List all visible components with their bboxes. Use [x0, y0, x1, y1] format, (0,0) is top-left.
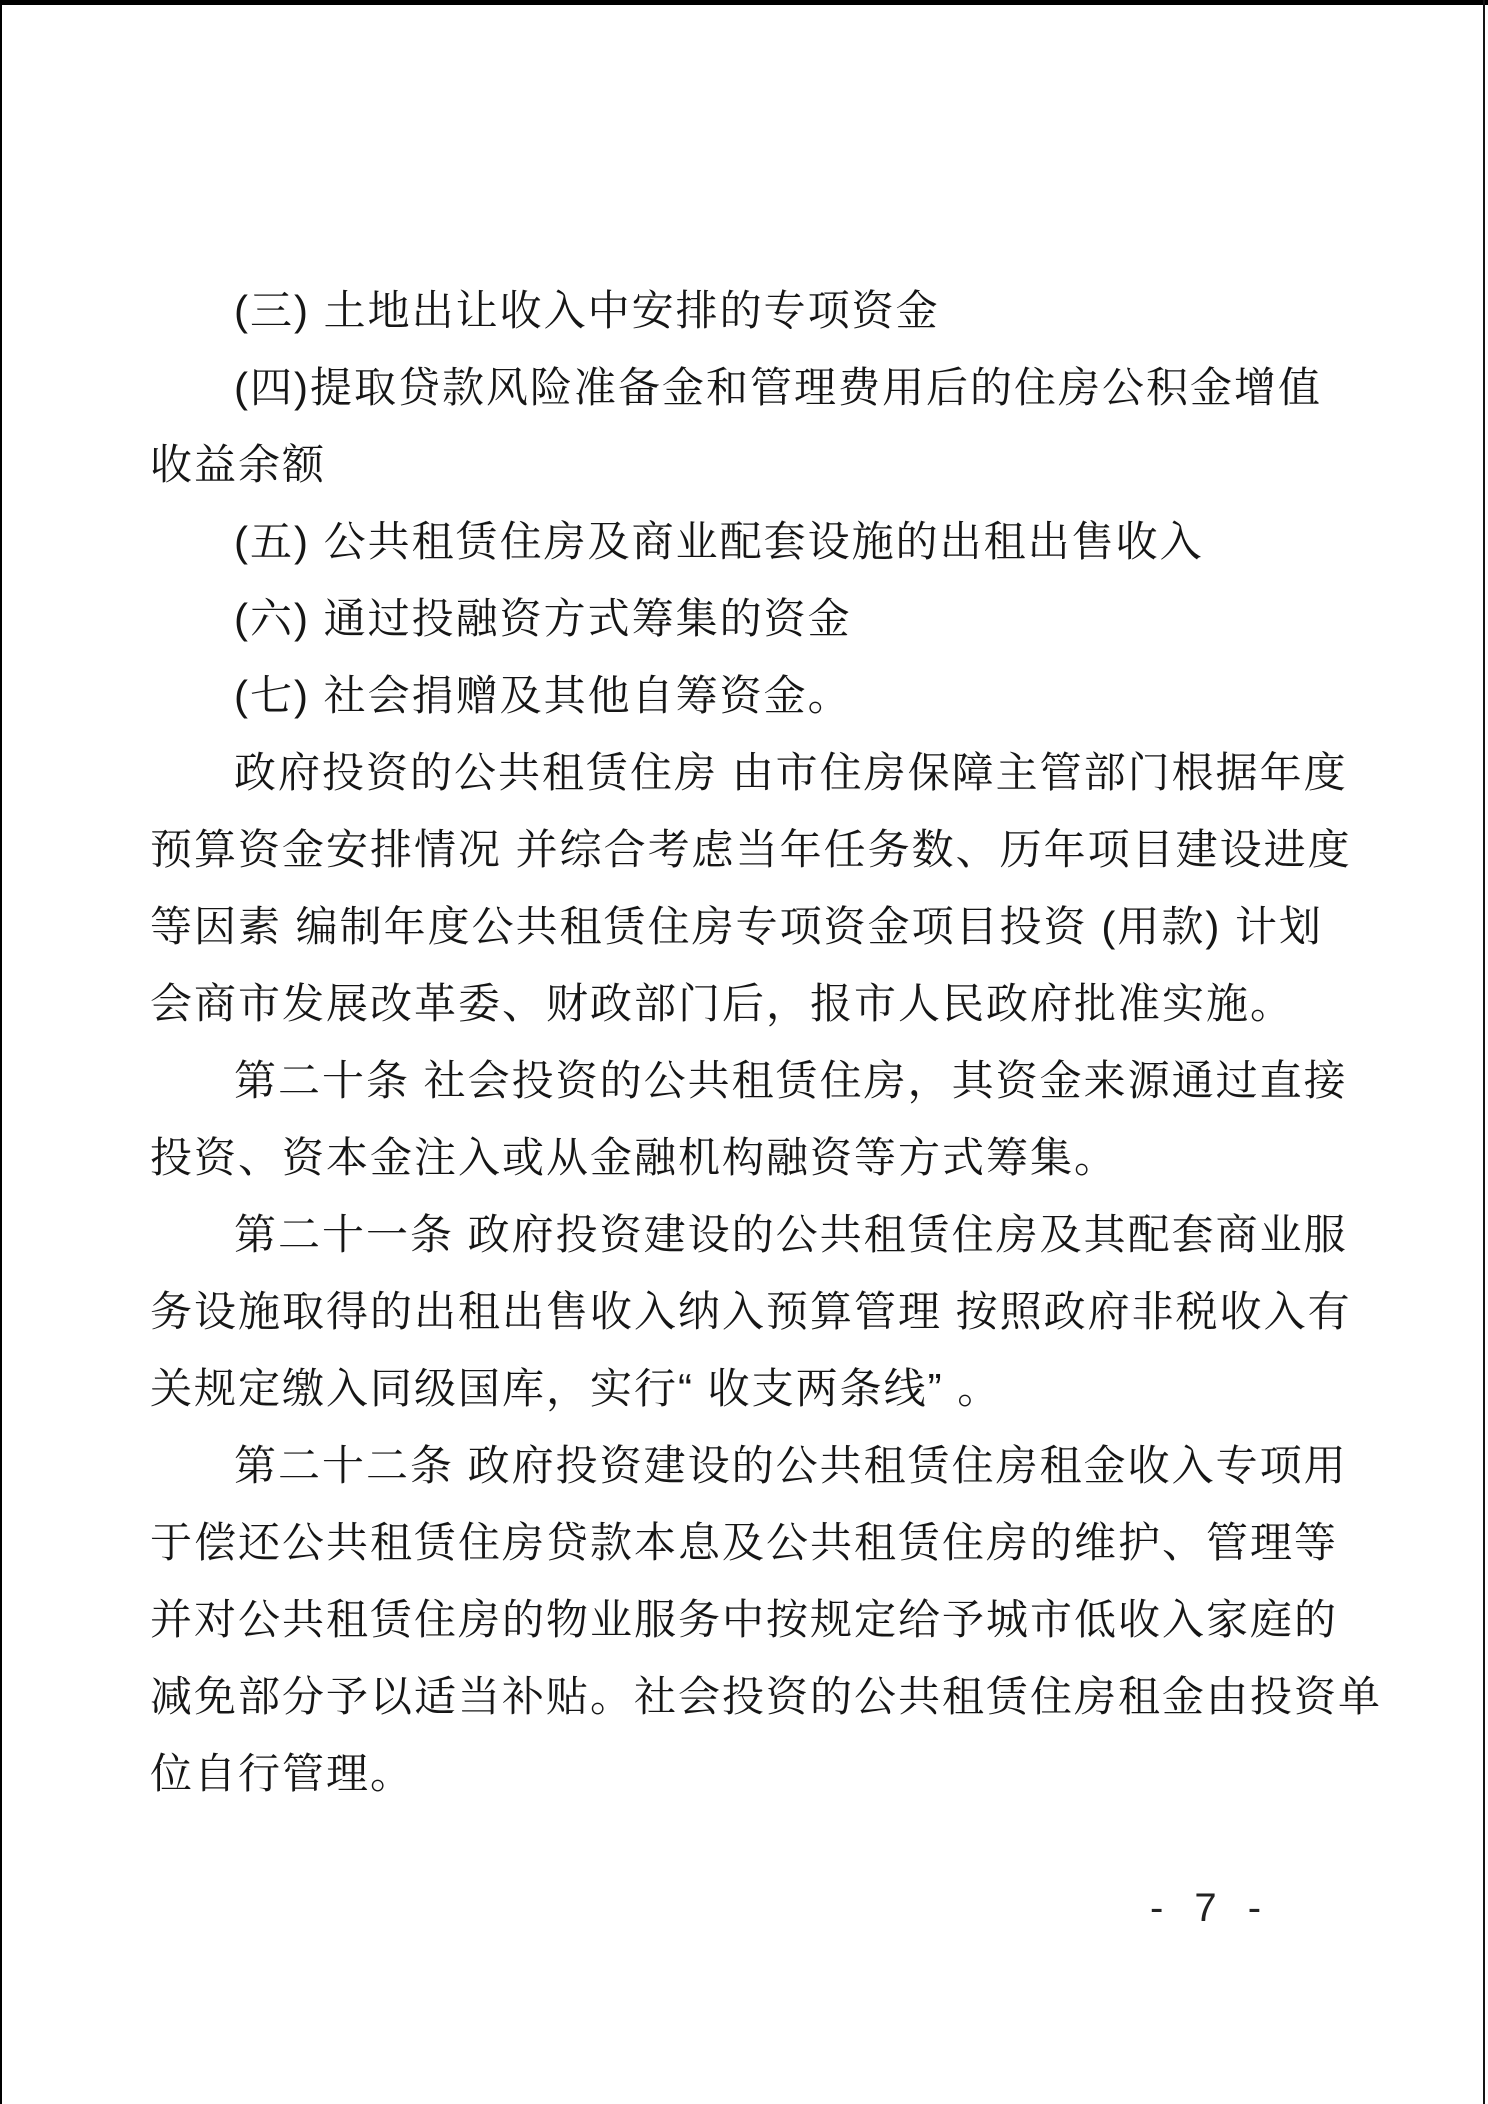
text-line: (四)提取贷款风险准备金和管理费用后的住房公积金增值 [150, 349, 1360, 426]
text-line: 减免部分予以适当补贴。社会投资的公共租赁住房租金由投资单 [150, 1658, 1360, 1735]
text-line: 第二十一条 政府投资建设的公共租赁住房及其配套商业服 [150, 1196, 1360, 1273]
text-line: 位自行管理。 [150, 1735, 1360, 1812]
text-line: 于偿还公共租赁住房贷款本息及公共租赁住房的维护、管理等 [150, 1504, 1360, 1581]
text-line: 关规定缴入同级国库，实行“ 收支两条线” 。 [150, 1350, 1360, 1427]
text-line: 第二十条 社会投资的公共租赁住房，其资金来源通过直接 [150, 1042, 1360, 1119]
page-number: - 7 - [1150, 1886, 1271, 1931]
text-line: 并对公共租赁住房的物业服务中按规定给予城市低收入家庭的 [150, 1581, 1360, 1658]
text-line: (六) 通过投融资方式筹集的资金 [150, 580, 1360, 657]
document-page: { "document": { "lines": [ { "text": "(三… [0, 0, 1488, 2104]
scan-edge-right [1483, 0, 1485, 2104]
text-line: 等因素 编制年度公共租赁住房专项资金项目投资 (用款) 计划 [150, 888, 1360, 965]
text-line: 会商市发展改革委、财政部门后，报市人民政府批准实施。 [150, 965, 1360, 1042]
text-line: (三) 土地出让收入中安排的专项资金 [150, 272, 1360, 349]
text-line: 投资、资本金注入或从金融机构融资等方式筹集。 [150, 1119, 1360, 1196]
text-line: 预算资金安排情况 并综合考虑当年任务数、历年项目建设进度 [150, 811, 1360, 888]
text-line: (七) 社会捐赠及其他自筹资金。 [150, 657, 1360, 734]
scan-edge-top [0, 0, 1488, 5]
text-line: 收益余额 [150, 426, 1360, 503]
text-line: 政府投资的公共租赁住房 由市住房保障主管部门根据年度 [150, 734, 1360, 811]
scan-edge-left [0, 0, 2, 2104]
text-line: 第二十二条 政府投资建设的公共租赁住房租金收入专项用 [150, 1427, 1360, 1504]
document-body: (三) 土地出让收入中安排的专项资金(四)提取贷款风险准备金和管理费用后的住房公… [150, 272, 1360, 1812]
text-line: (五) 公共租赁住房及商业配套设施的出租出售收入 [150, 503, 1360, 580]
text-line: 务设施取得的出租出售收入纳入预算管理 按照政府非税收入有 [150, 1273, 1360, 1350]
